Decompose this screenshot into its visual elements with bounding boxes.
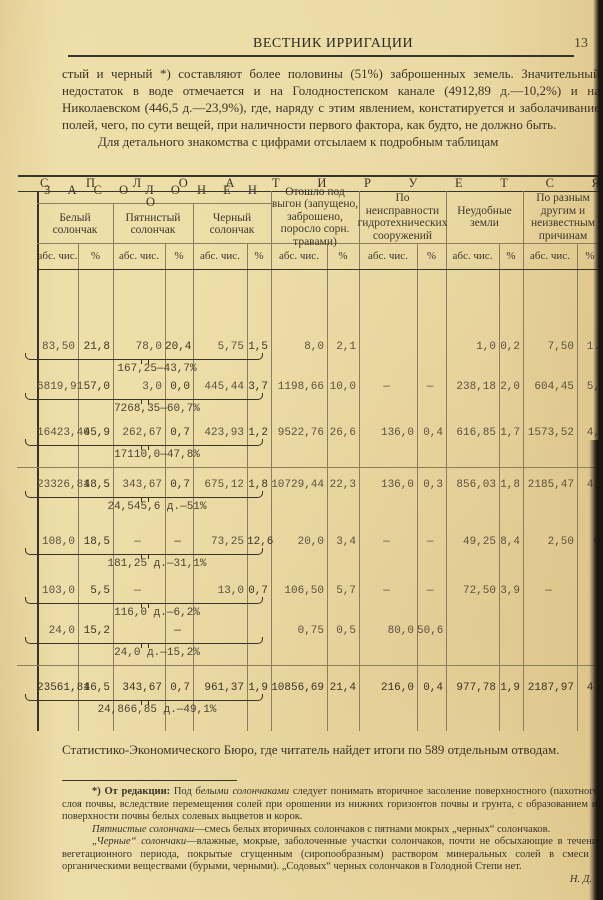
- col-divider: [359, 191, 360, 731]
- table-cell: 72,50: [446, 585, 496, 597]
- grouping-brace: [25, 694, 263, 701]
- table-left-border: [37, 191, 39, 731]
- col-divider: [523, 191, 524, 731]
- col-header-hydrotech: По неисправности гидротехнических сооруж…: [359, 191, 446, 243]
- data-table: З А С О Л О Н Е Н О Белый солончак Пятни…: [37, 191, 603, 731]
- table-cell: 7,50: [523, 341, 574, 353]
- subheader-abs: абс. чис.: [193, 245, 247, 267]
- after-table-text: Статистико-Экономического Бюро, где чита…: [62, 741, 602, 758]
- subheader-abs: абс. чис.: [37, 245, 78, 267]
- subheader-abs: абс. чис.: [446, 245, 499, 267]
- table-cell: 961,37: [193, 682, 244, 694]
- footnote-term: „Черные“ солончаки: [92, 836, 186, 847]
- table-cell: 9522,76: [271, 427, 324, 439]
- table-cell: —: [359, 381, 414, 393]
- table-cell: 13,0: [193, 585, 244, 597]
- grouping-brace: [25, 393, 263, 400]
- table-cell: 238,18: [446, 381, 496, 393]
- footnote-2: Пятнистые солончаки—смесь белых вторичны…: [62, 824, 602, 837]
- journal-title: ВЕСТНИК ИРРИГАЦИИ: [253, 36, 413, 52]
- table-cell: 343,67: [113, 479, 162, 491]
- table-cell: —: [417, 536, 443, 548]
- table-cell: 12,6: [247, 536, 268, 548]
- subheader-pct: %: [417, 245, 446, 267]
- table-cell: 22,3: [327, 479, 356, 491]
- page-edge-shadow: [589, 440, 603, 900]
- header-bottom-rule: [37, 269, 603, 270]
- table-cell: 1,9: [499, 682, 520, 694]
- table-cell: 0,7: [165, 682, 190, 694]
- footnote-term: Пятнистые солончаки: [92, 824, 194, 835]
- subheader-pct: %: [247, 245, 271, 267]
- table-cell: 1573,52: [523, 427, 574, 439]
- table-cell: 216,0: [359, 682, 414, 694]
- table-cell: 1,0: [446, 341, 496, 353]
- table-cell: 0,0: [165, 381, 190, 393]
- table-cell: 23326,81: [37, 479, 75, 491]
- table-cell: 26,6: [327, 427, 356, 439]
- table-cell: 1,9: [247, 682, 268, 694]
- table-cell: 46,5: [78, 682, 110, 694]
- table-cell: 106,50: [271, 585, 324, 597]
- body-text: стый и черный *) составляют более полови…: [62, 65, 600, 150]
- table-cell: 3,0: [113, 381, 162, 393]
- page-number: 13: [574, 36, 588, 52]
- table-cell: 1,8: [247, 479, 268, 491]
- subheader-abs: абс. чис.: [113, 245, 165, 267]
- footnote-lead: *) От редакции:: [92, 786, 170, 797]
- section-rule: [17, 665, 603, 666]
- col-header-black-solonchak: Черный солончак: [193, 205, 271, 243]
- footnotes: *) От редакции: Под белыми солончаками с…: [62, 786, 602, 886]
- table-cell: 5,75: [193, 341, 244, 353]
- table-cell: 16423,40: [37, 427, 75, 439]
- table-cell: 2185,47: [523, 479, 574, 491]
- grouping-brace: [25, 548, 263, 555]
- table-cell: 3,7: [247, 381, 268, 393]
- table-cell: 343,67: [113, 682, 162, 694]
- table-cell: 2,0: [499, 381, 520, 393]
- table-cell: 0,5: [327, 625, 356, 637]
- table-cell: 0,7: [165, 479, 190, 491]
- table-cell: 604,45: [523, 381, 574, 393]
- footnote-term: белыми солончаками: [195, 786, 289, 797]
- col-header-unsuitable: Неудобные земли: [446, 191, 523, 243]
- table-cell: 977,78: [446, 682, 496, 694]
- table-cell: 103,0: [37, 585, 75, 597]
- table-cell: 20,4: [165, 341, 190, 353]
- grouping-brace: [25, 597, 263, 604]
- table-cell: 21,8: [78, 341, 110, 353]
- salted-total: 167,25—43,7%: [77, 363, 237, 375]
- table-cell: 18,5: [78, 536, 110, 548]
- footnote-3: „Черные“ солончаки—влажные, мокрые, забо…: [62, 836, 602, 874]
- salted-total: 7268,35—60,7%: [77, 403, 237, 415]
- table-cell: 57,0: [78, 381, 110, 393]
- table-cell: 2187,97: [523, 682, 574, 694]
- table-cell: 50,6: [417, 625, 443, 637]
- table-cell: 78,0: [113, 341, 162, 353]
- table-cell: 136,0: [359, 479, 414, 491]
- table-cell: 2,1: [327, 341, 356, 353]
- subheader-pct: %: [165, 245, 193, 267]
- table-cell: —: [113, 536, 162, 548]
- col-header-spotted-solonchak: Пятнистый солончак: [113, 205, 193, 243]
- table-cell: 73,25: [193, 536, 244, 548]
- table-cell: 10856,69: [271, 682, 324, 694]
- table-cell: 8,4: [499, 536, 520, 548]
- group-header-salted: З А С О Л О Н Е Н О: [37, 189, 271, 203]
- paragraph-2: Для детального знакомства с цифрами отсы…: [62, 133, 600, 150]
- table-cell: 10729,44: [271, 479, 324, 491]
- grouping-brace: [25, 637, 263, 644]
- col-divider: [271, 191, 272, 731]
- table-cell: 3,4: [327, 536, 356, 548]
- grouping-brace: [25, 353, 263, 360]
- table-cell: 1,7: [499, 427, 520, 439]
- table-cell: 20,0: [271, 536, 324, 548]
- table-cell: 856,03: [446, 479, 496, 491]
- footnote-text: Под: [170, 786, 195, 797]
- table-cell: —: [417, 381, 443, 393]
- scanned-page: ВЕСТНИК ИРРИГАЦИИ 13 стый и черный *) со…: [0, 0, 603, 900]
- table-cell: 1,8: [499, 479, 520, 491]
- table-cell: 80,0: [359, 625, 414, 637]
- grouping-brace: [25, 491, 263, 498]
- spaced-letter: С: [546, 176, 554, 190]
- subheader-abs: абс. чис.: [271, 245, 327, 267]
- table-cell: —: [417, 585, 443, 597]
- subheader-abs: абс. чис.: [359, 245, 417, 267]
- col-divider: [446, 191, 447, 731]
- table-cell: 5,5: [78, 585, 110, 597]
- table-cell: —: [165, 625, 190, 637]
- table-cell: 24,0: [37, 625, 75, 637]
- footnote-rule: [62, 780, 237, 781]
- table-cell: 83,50: [37, 341, 75, 353]
- table-cell: 1,5: [247, 341, 268, 353]
- spaced-letter: Т: [500, 176, 508, 190]
- col-header-pasture: Отошло под выгон (запущено, заброшено, п…: [271, 191, 359, 243]
- subheader-abs: абс. чис.: [523, 245, 577, 267]
- table-cell: 675,12: [193, 479, 244, 491]
- table-cell: 3,9: [499, 585, 520, 597]
- table-cell: —: [359, 536, 414, 548]
- salted-total: 24,866,85 д.—49,1%: [77, 704, 237, 716]
- table-cell: —: [359, 585, 414, 597]
- table-cell: 445,44: [193, 381, 244, 393]
- subheader-pct: %: [78, 245, 113, 267]
- subheader-pct: %: [327, 245, 359, 267]
- table-cell: 0,7: [165, 427, 190, 439]
- footnote-text: —смесь белых вторичных солончаков с пятн…: [194, 824, 550, 835]
- footnote-signature: Н. Д.: [62, 874, 602, 887]
- running-head: ВЕСТНИК ИРРИГАЦИИ 13: [68, 36, 588, 54]
- table-cell: 1,2: [247, 427, 268, 439]
- table-cell: 0,3: [417, 479, 443, 491]
- spaced-letter: У: [409, 176, 418, 190]
- col-header-white-solonchak: Белый солончак: [37, 205, 113, 243]
- section-rule: [17, 467, 603, 468]
- table-cell: 0,2: [499, 341, 520, 353]
- table-cell: 0,4: [417, 427, 443, 439]
- table-cell: 108,0: [37, 536, 75, 548]
- header-rule: [68, 55, 574, 57]
- salted-total: 24,0 д.—15,2%: [77, 647, 237, 659]
- spaced-letter: Е: [455, 176, 463, 190]
- col-header-other-reasons: По разным другим и неизвестным причинам: [523, 191, 603, 243]
- table-cell: —: [165, 536, 190, 548]
- table-cell: 0,4: [417, 682, 443, 694]
- table-cell: 23561,81: [37, 682, 75, 694]
- table-cell: —: [523, 585, 574, 597]
- table-cell: 10,0: [327, 381, 356, 393]
- table-cell: 21,4: [327, 682, 356, 694]
- grouping-brace: [25, 439, 263, 446]
- table-cell: 1198,66: [271, 381, 324, 393]
- salted-total: 24,545,6 д.—51%: [77, 501, 237, 513]
- table-cell: 136,0: [359, 427, 414, 439]
- table-cell: 2,50: [523, 536, 574, 548]
- salted-total: 181,25 д.—31,1%: [77, 558, 237, 570]
- table-cell: 262,67: [113, 427, 162, 439]
- footnote-1: *) От редакции: Под белыми солончаками с…: [62, 786, 602, 824]
- table-cell: 45,9: [78, 427, 110, 439]
- spaced-letter: Р: [364, 176, 371, 190]
- table-cell: 5,7: [327, 585, 356, 597]
- table-cell: —: [113, 585, 162, 597]
- table-cell: 15,2: [78, 625, 110, 637]
- subheader-pct: %: [499, 245, 523, 267]
- table-cell: 423,93: [193, 427, 244, 439]
- table-cell: 616,85: [446, 427, 496, 439]
- table-cell: 49,25: [446, 536, 496, 548]
- table-cell: 0,75: [271, 625, 324, 637]
- table-cell: 6819,91: [37, 381, 75, 393]
- table-cell: 8,0: [271, 341, 324, 353]
- salted-total: 116,0 д.—6,2%: [77, 607, 237, 619]
- salted-total: 17110,0—47,8%: [77, 449, 237, 461]
- table-cell: 0,7: [247, 585, 268, 597]
- paragraph-1: стый и черный *) составляют более полови…: [62, 65, 600, 133]
- table-cell: 48,5: [78, 479, 110, 491]
